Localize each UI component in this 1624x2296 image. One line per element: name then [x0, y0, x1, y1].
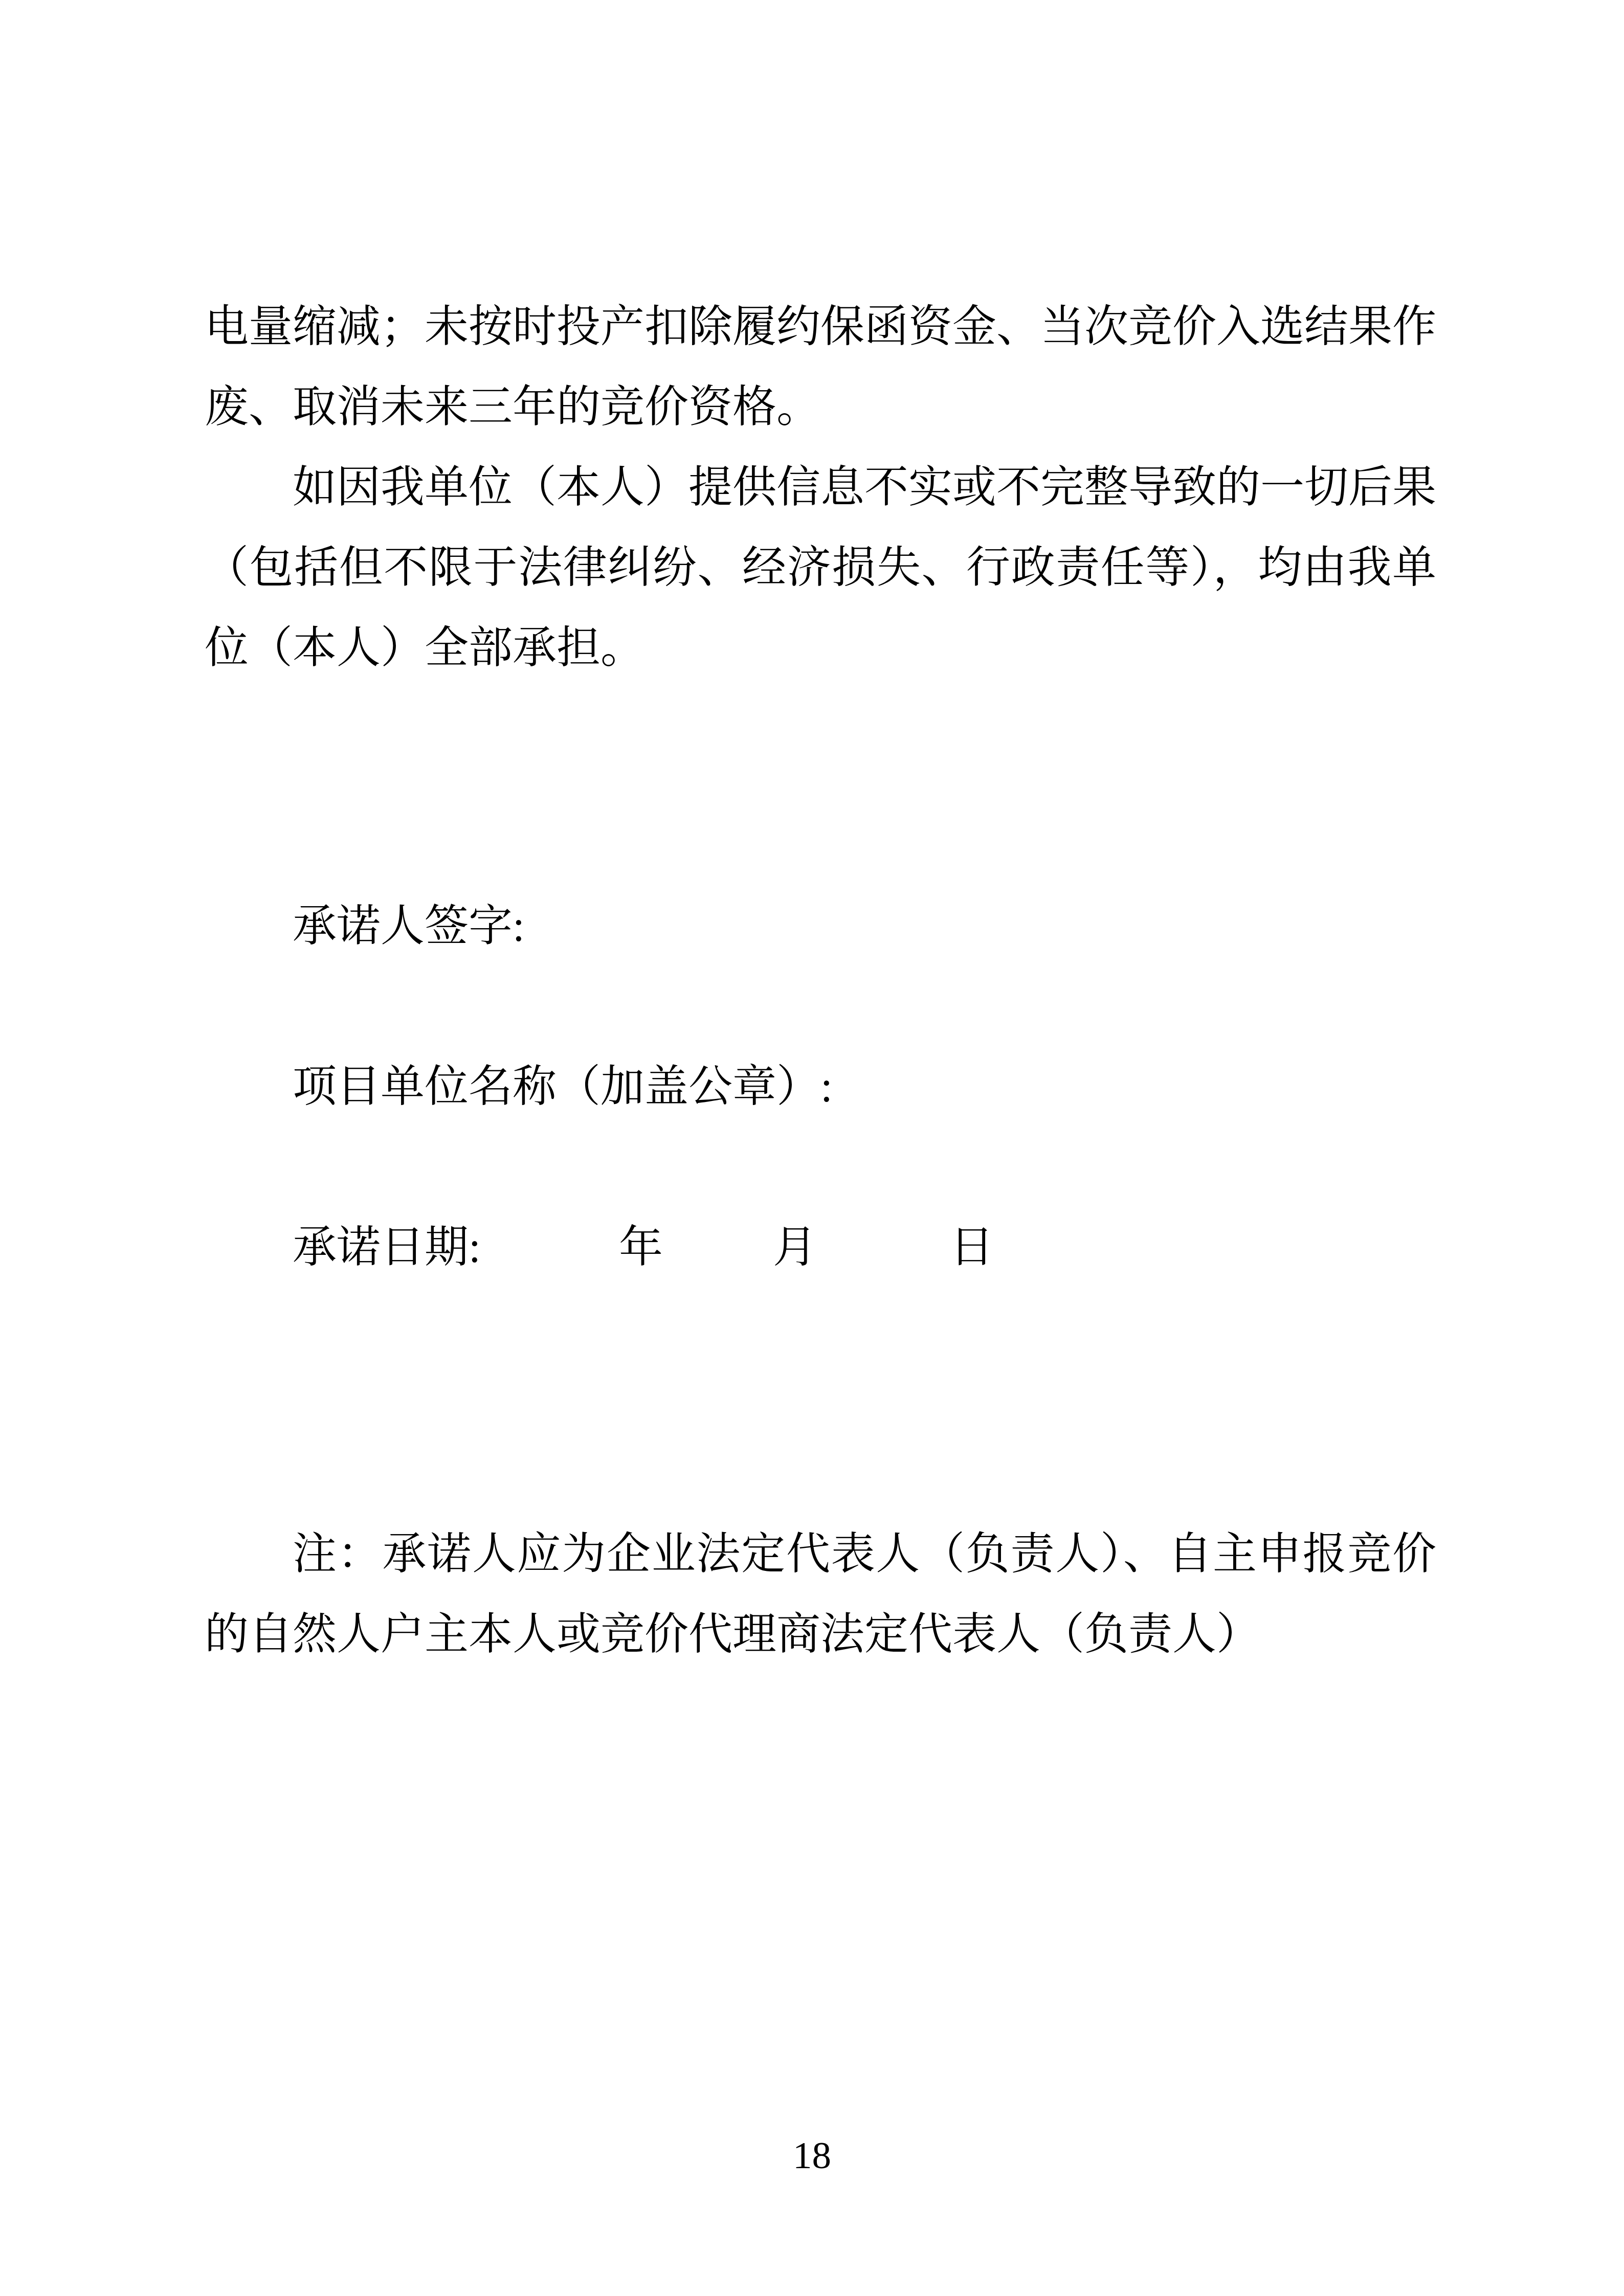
year-label: 年 — [619, 1223, 663, 1272]
day-label: 日 — [950, 1223, 994, 1272]
month-label: 月 — [773, 1223, 817, 1272]
date-label: 承诺日期: — [293, 1223, 481, 1272]
unit-name-label: 项目单位名称（加盖公章）: — [205, 1006, 1436, 1167]
paragraph-line: 如因我单位（本人）提供信息不实或不完整导致的一切后果 — [205, 447, 1436, 528]
document-page: 电量缩减；未按时投产扣除履约保函资金、当次竞价入选结果作 废、取消未来三年的竞价… — [0, 0, 1624, 2296]
note-line: 的自然人户主本人或竞价代理商法定代表人（负责人） — [205, 1594, 1436, 1675]
signature-section: 承诺人签字: 项目单位名称（加盖公章）: 承诺日期:年月日 — [205, 846, 1436, 1327]
page-number: 18 — [0, 2136, 1624, 2175]
body-paragraphs: 电量缩减；未按时投产扣除履约保函资金、当次竞价入选结果作 废、取消未来三年的竞价… — [205, 287, 1436, 688]
paragraph-line: 废、取消未来三年的竞价资格。 — [205, 367, 1436, 447]
paragraph-line: 电量缩减；未按时投产扣除履约保函资金、当次竞价入选结果作 — [205, 287, 1436, 367]
paragraph-line: （包括但不限于法律纠纷、经济损失、行政责任等），均由我单 — [205, 528, 1436, 608]
note-section: 注：承诺人应为企业法定代表人（负责人）、自主申报竞价 的自然人户主本人或竞价代理… — [205, 1514, 1436, 1675]
note-line: 注：承诺人应为企业法定代表人（负责人）、自主申报竞价 — [205, 1514, 1436, 1594]
paragraph-line: 位（本人）全部承担。 — [205, 608, 1436, 688]
promiser-signature-label: 承诺人签字: — [205, 846, 1436, 1006]
date-line: 承诺日期:年月日 — [205, 1167, 1436, 1327]
